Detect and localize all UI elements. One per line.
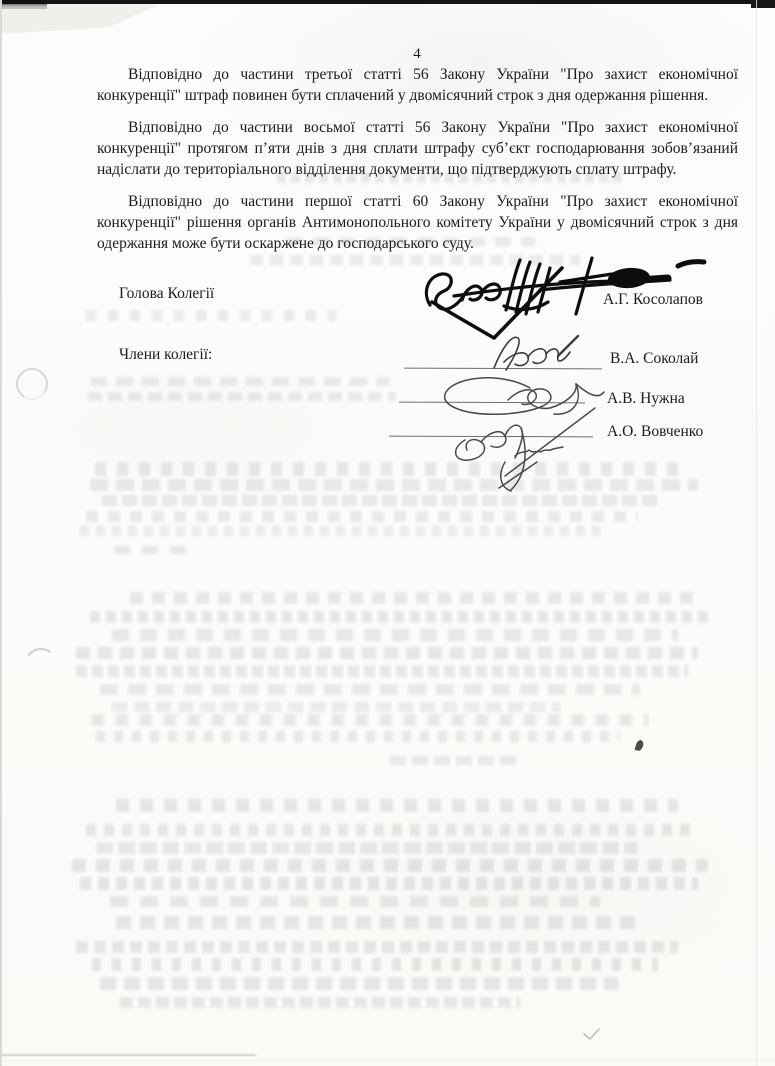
bleedthrough-line xyxy=(90,377,390,386)
paragraph-2: Відповідно до частини восьмої статті 56 … xyxy=(97,117,738,180)
bleedthrough-line xyxy=(72,859,708,872)
head-of-collegium-label: Голова Колегії xyxy=(119,285,214,303)
bleedthrough-line xyxy=(102,495,658,506)
bleedthrough-line xyxy=(120,997,520,1008)
bleedthrough-line xyxy=(116,916,638,929)
bleedthrough-line xyxy=(80,877,698,890)
scan-bottom-edge xyxy=(0,1060,775,1061)
pencil-check-mark xyxy=(583,1028,601,1041)
punch-hole xyxy=(12,364,51,403)
bleedthrough-line xyxy=(96,731,620,742)
scan-right-edge xyxy=(756,0,757,1066)
signature-sokolai-icon xyxy=(488,328,583,373)
bleedthrough-line xyxy=(130,592,696,604)
scan-left-edge xyxy=(0,0,2,1066)
bleedthrough-line xyxy=(86,824,698,836)
bleedthrough-line xyxy=(390,756,520,765)
member-name: А.О. Вовченко xyxy=(607,423,703,441)
bleedthrough-line xyxy=(114,546,186,554)
bleedthrough-line xyxy=(92,958,658,971)
punch-hole xyxy=(22,646,60,684)
bleedthrough-line xyxy=(76,665,688,677)
bleedthrough-line xyxy=(112,702,560,712)
bleedthrough-line xyxy=(76,941,678,953)
scan-top-edge xyxy=(0,0,775,4)
scan-shadow-wedge xyxy=(0,4,160,34)
scan-top-edge-right-corner xyxy=(751,0,775,8)
bleedthrough-line xyxy=(92,714,648,726)
bleedthrough-line xyxy=(100,977,618,990)
paragraph-3: Відповідно до частини першої статті 60 З… xyxy=(97,191,738,254)
bleedthrough-line xyxy=(112,629,678,641)
bleedthrough-line xyxy=(88,392,396,401)
scanned-document-page: 4 Відповідно до частини третьої статті 5… xyxy=(0,0,775,1066)
bleedthrough-line xyxy=(90,611,708,623)
head-name: А.Г. Косолапов xyxy=(603,291,703,309)
ink-speck xyxy=(634,739,644,752)
page-number: 4 xyxy=(97,46,738,63)
bleedthrough-line xyxy=(76,647,698,659)
bleedthrough-line xyxy=(86,511,638,522)
bleedthrough-line xyxy=(110,896,600,907)
document-body: Відповідно до частини третьої статті 56 … xyxy=(97,64,738,265)
member-name: В.А. Соколай xyxy=(610,350,698,368)
bleedthrough-line xyxy=(116,799,678,812)
member-name: А.В. Нужна xyxy=(607,390,685,408)
bleedthrough-line xyxy=(86,310,336,321)
bleedthrough-line xyxy=(100,684,640,695)
bleedthrough-line xyxy=(80,526,600,536)
scan-bottom-edge-mark xyxy=(0,1054,256,1056)
paragraph-1: Відповідно до частини третьої статті 56 … xyxy=(97,64,738,106)
members-label: Члени колегії: xyxy=(119,346,212,364)
bleedthrough-line xyxy=(90,479,698,491)
bleedthrough-line xyxy=(96,842,638,854)
signature-vovchenko-icon xyxy=(445,398,605,493)
